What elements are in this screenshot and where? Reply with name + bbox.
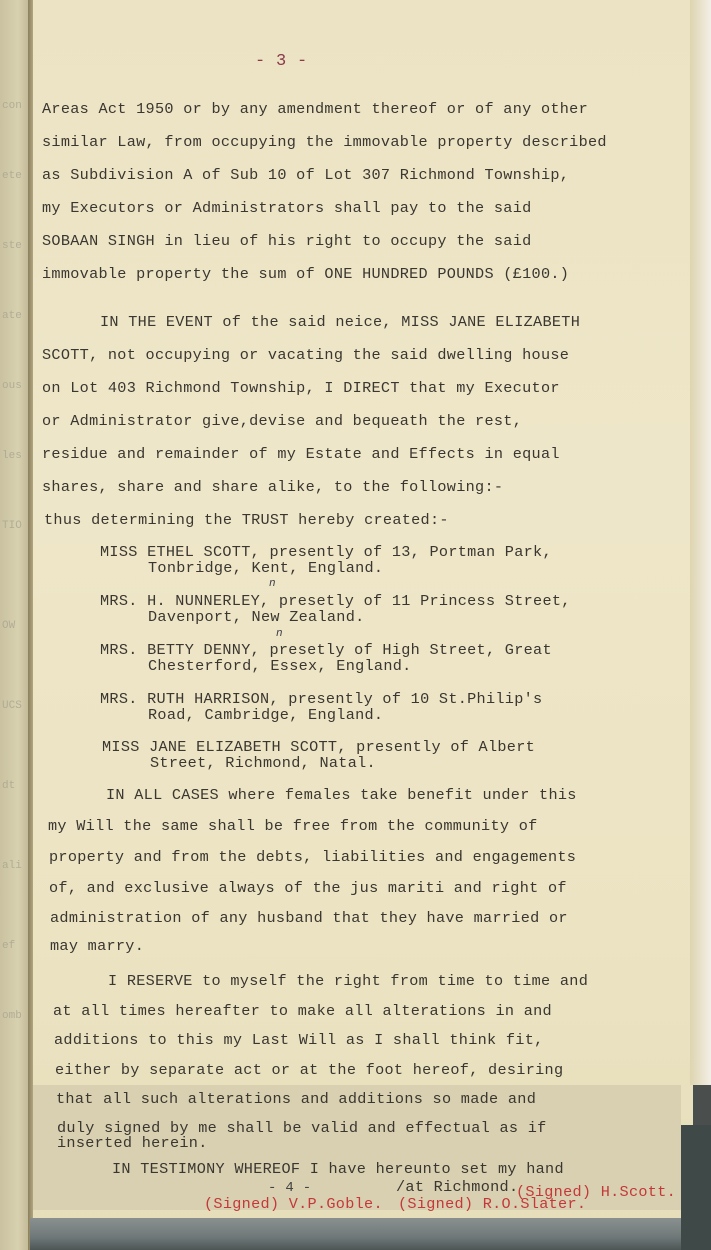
beneficiary-entry: MRS. BETTY DENNY, presetly of High Stree… [100,642,552,674]
testimony-clause: IN TESTIMONY WHEREOF I have hereunto set… [112,1160,564,1178]
page-bottom-shadow [30,1218,681,1250]
text-line: may marry. [50,937,144,955]
beneficiary-line1: MRS. BETTY DENNY, presetly of High Stree… [100,642,552,658]
beneficiary-line2: Chesterford, Essex, England. [100,658,552,674]
text-line: inserted herein. [57,1134,208,1152]
page-number: - 3 - [255,52,308,71]
text-line: or Administrator give,devise and bequeat… [42,412,522,430]
handwritten-insertion: n [269,578,276,590]
text-line: I RESERVE to myself the right from time … [108,972,588,990]
beneficiary-line2: Tonbridge, Kent, England. [100,560,552,576]
text-line: IN THE EVENT of the said neice, MISS JAN… [100,313,580,331]
text-line: my Will the same shall be free from the … [48,817,538,835]
text-line: shares, share and share alike, to the fo… [42,478,503,496]
text-line: at all times hereafter to make all alter… [53,1002,552,1020]
signature-witness-1: (Signed) V.P.Goble. [204,1195,383,1213]
beneficiary-line1: MISS JANE ELIZABETH SCOTT, presently of … [102,739,535,755]
text-line: immovable property the sum of ONE HUNDRE… [42,265,569,283]
beneficiary-entry: MRS. H. NUNNERLEY, presetly of 11 Prince… [100,593,571,625]
beneficiary-line1: MRS. H. NUNNERLEY, presetly of 11 Prince… [100,593,571,609]
text-line: similar Law, from occupying the immovabl… [42,133,607,151]
text-line: property and from the debts, liabilities… [49,848,576,866]
text-line: Areas Act 1950 or by any amendment there… [42,100,588,118]
text-line: SCOTT, not occupying or vacating the sai… [42,346,569,364]
text-line: either by separate act or at the foot he… [55,1061,563,1079]
text-line: administration of any husband that they … [50,909,568,927]
text-line: additions to this my Last Will as I shal… [54,1031,544,1049]
beneficiary-entry: MRS. RUTH HARRISON, presently of 10 St.P… [100,691,542,723]
testimony-location: /at Richmond. [396,1178,518,1196]
text-line: on Lot 403 Richmond Township, I DIRECT t… [42,379,560,397]
text-line: that all such alterations and additions … [56,1090,536,1108]
beneficiary-line1: MRS. RUTH HARRISON, presently of 10 St.P… [100,691,542,707]
next-page-marker: - 4 - [268,1180,312,1196]
page-right-edge [690,0,711,1085]
text-line: SOBAAN SINGH in lieu of his right to occ… [42,232,532,250]
text-line: my Executors or Administrators shall pay… [42,199,532,217]
background-corner [681,1125,711,1250]
beneficiary-line2: Davenport, New Zealand. [100,609,571,625]
text-line: residue and remainder of my Estate and E… [42,445,560,463]
facing-page-edge: con ete ste ate ous les TIO OW UCS dt al… [0,0,30,1250]
beneficiary-entry: MISS ETHEL SCOTT, presently of 13, Portm… [100,544,552,576]
beneficiary-entry: MISS JANE ELIZABETH SCOTT, presently of … [102,739,535,771]
beneficiary-line1: MISS ETHEL SCOTT, presently of 13, Portm… [100,544,552,560]
beneficiary-line2: Road, Cambridge, England. [100,707,542,723]
text-line: as Subdivision A of Sub 10 of Lot 307 Ri… [42,166,569,184]
text-line: thus determining the TRUST hereby create… [44,511,449,529]
beneficiary-line2: Street, Richmond, Natal. [102,755,535,771]
handwritten-insertion: n [276,628,283,640]
signature-witness-2: (Signed) R.O.Slater. [398,1195,586,1213]
text-line: IN ALL CASES where females take benefit … [106,786,577,804]
text-line: of, and exclusive always of the jus mari… [49,879,567,897]
